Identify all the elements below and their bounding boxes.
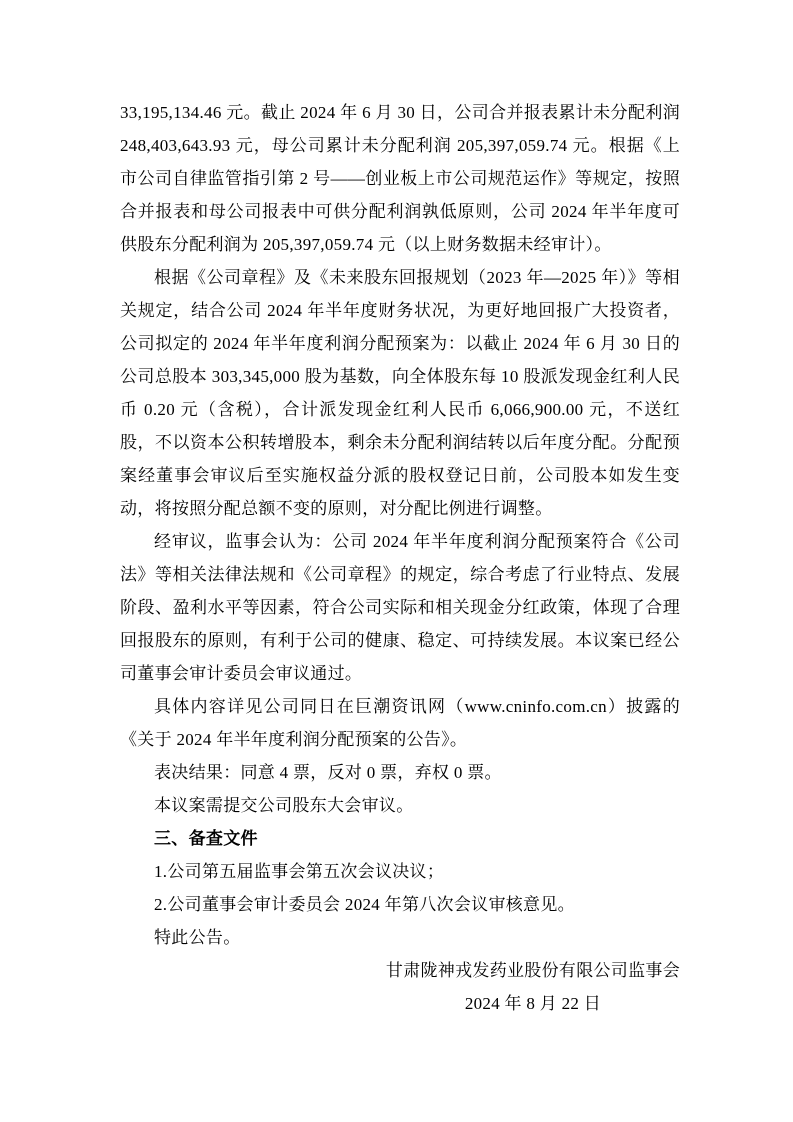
signature-block: 甘肃陇神戎发药业股份有限公司监事会 2024 年 8 月 22 日 — [386, 954, 680, 1020]
document-page: 33,195,134.46 元。截止 2024 年 6 月 30 日，公司合并报… — [0, 0, 793, 1122]
signature-date: 2024 年 8 月 22 日 — [386, 987, 680, 1020]
signature-company: 甘肃陇神戎发药业股份有限公司监事会 — [386, 954, 680, 987]
paragraph-voting-result: 表决结果：同意 4 票，反对 0 票，弃权 0 票。 — [120, 756, 680, 789]
document-content: 33,195,134.46 元。截止 2024 年 6 月 30 日，公司合并报… — [120, 96, 680, 1020]
paragraph-disclosure-reference: 具体内容详见公司同日在巨潮资讯网（www.cninfo.com.cn）披露的《关… — [120, 690, 680, 756]
list-item-resolution: 1.公司第五届监事会第五次会议决议； — [120, 855, 680, 888]
list-item-audit-committee-opinion: 2.公司董事会审计委员会 2024 年第八次会议审核意见。 — [120, 888, 680, 921]
paragraph-continuation: 33,195,134.46 元。截止 2024 年 6 月 30 日，公司合并报… — [120, 96, 680, 261]
paragraph-submit-to-shareholders: 本议案需提交公司股东大会审议。 — [120, 789, 680, 822]
paragraph-supervisory-opinion: 经审议，监事会认为：公司 2024 年半年度利润分配预案符合《公司法》等相关法律… — [120, 525, 680, 690]
paragraph-distribution-plan: 根据《公司章程》及《未来股东回报规划（2023 年—2025 年）》等相关规定，… — [120, 261, 680, 525]
section-heading-reference-documents: 三、备查文件 — [120, 822, 680, 855]
closing-line: 特此公告。 — [120, 921, 680, 954]
